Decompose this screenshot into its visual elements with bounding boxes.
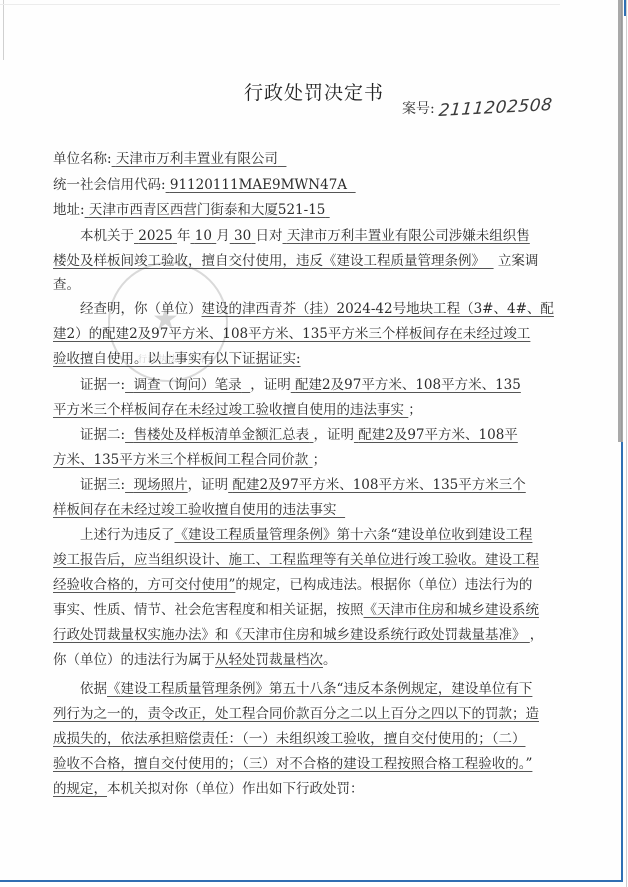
legal-basis-paragraph-line-3: 成损失的，依法承担赔偿责任：（一）未组织竣工验收，擅自交付使用的；（二） xyxy=(53,730,526,748)
findings-paragraph-line-3: 验收擅自使用。以上事实有以下证据证实: xyxy=(53,350,301,368)
evidence-3-line-1: 证据三: 现场照片，证明 配建2及97平方米、108平方米、135平方米三个 xyxy=(53,476,526,494)
violation-paragraph-line-1: 上述行为违反了《建设工程质量管理条例》第十六条“建设单位收到建设工程 xyxy=(53,526,532,544)
evidence-1-label: 证据一: xyxy=(80,377,125,393)
penalty-tier: 从轻处罚裁量档次 xyxy=(215,652,323,668)
filing-month: 10 xyxy=(195,228,212,244)
case-number-value: 2111202508 xyxy=(438,95,554,121)
legal-basis-paragraph-line-1: 依据《建设工程质量管理条例》第五十八条“违反本条例规定，建设单位有下 xyxy=(53,680,532,698)
legal-basis-paragraph-line-2: 列行为之一的，责令改正，处工程合同价款百分之二以上百分之四以下的罚款；造 xyxy=(53,705,539,723)
evidence-2-line-2: 方米、135平方米三个样板间工程合同价款 ； xyxy=(53,451,326,469)
legal-basis-paragraph-line-5: 的规定，本机关拟对你（单位）作出如下行政处罚： xyxy=(53,780,364,798)
frame-bottom-border xyxy=(0,880,623,882)
page-top-edge xyxy=(0,4,560,5)
party-name-value: 天津市万利丰置业有限公司 xyxy=(112,151,287,167)
frame-right-border xyxy=(621,442,623,882)
case-number: 案号: 2111202508 xyxy=(402,98,552,118)
address-label: 地址: xyxy=(53,202,85,218)
violation-paragraph-line-4: 事实、性质、情节、社会危害程度和相关证据，按照《天津市住房和城乡建设系统 xyxy=(53,601,539,619)
evidence-2-label: 证据二: xyxy=(80,427,125,443)
address-row: 地址: 天津市西青区西营门街泰和大厦521-15 xyxy=(53,201,330,219)
credit-code-label: 统一社会信用代码: xyxy=(53,177,166,193)
case-filing-paragraph-line-1: 本机关于 2025 年 10 月 30 日对 天津市万利丰置业有限公司涉嫌未组织… xyxy=(53,227,530,245)
findings-paragraph-line-1: 经查明，你（单位）建设的津西青芥（挂）2024-42号地块工程（3#、4#、配 xyxy=(53,300,554,318)
violation-paragraph-line-2: 竣工报告后，应当组织设计、施工、工程监理等有关单位进行竣工验收。建设工程 xyxy=(53,551,539,569)
legal-basis-paragraph-line-4: 验收不合格，擅自交付使用的；（三）对不合格的建设工程按照合格工程验收的。” xyxy=(53,755,532,773)
findings-paragraph-line-2: 建2）的配建2及97平方米、108平方米、135平方米三个样板间存在未经过竣工 xyxy=(53,325,530,343)
filing-day: 30 xyxy=(234,228,251,244)
document-page: 行政处罚决定书 案号: 2111202508 单位名称: 天津市万利丰置业有限公… xyxy=(0,0,628,887)
evidence-3-label: 证据三: xyxy=(80,477,125,493)
page-left-edge xyxy=(3,0,4,60)
outer-right-edge xyxy=(626,0,627,887)
violation-paragraph-line-6: 你（单位）的违法行为属于从轻处罚裁量档次。 xyxy=(53,651,337,669)
filing-year: 2025 xyxy=(138,228,172,244)
evidence-1-line-2: 平方米三个样板间存在未经过竣工验收擅自使用的违法事实 ； xyxy=(53,401,422,419)
violation-paragraph-line-3: 经验收合格的，方可交付使用”的规定，已构成违法。根据你（单位）违法行为的 xyxy=(53,576,532,594)
scrollbar-divider xyxy=(621,0,622,442)
credit-code-value: 91120111MAE9MWN47A xyxy=(166,177,356,193)
evidence-1-line-1: 证据一: 调查（询问）笔录 ，证明 配建2及97平方米、108平方米、135 xyxy=(53,376,521,394)
party-name-row: 单位名称: 天津市万利丰置业有限公司 xyxy=(53,150,286,168)
case-filing-paragraph-line-3: 查。 xyxy=(53,276,80,294)
address-value: 天津市西青区西营门街泰和大厦521-15 xyxy=(85,202,330,218)
violation-paragraph-line-5: 行政处罚裁量权实施办法》和《天津市住房和城乡建设系统行政处罚裁量基准》 ， xyxy=(53,626,543,644)
case-number-label: 案号: xyxy=(402,101,435,117)
evidence-2-line-1: 证据二: 售楼处及样板清单金额汇总表 ，证明 配建2及97平方米、108平 xyxy=(53,426,518,444)
evidence-3-line-2: 样板间存在未经过竣工验收擅自使用的违法事实 xyxy=(53,501,345,519)
credit-code-row: 统一社会信用代码: 91120111MAE9MWN47A xyxy=(53,176,356,194)
party-name-label: 单位名称: xyxy=(53,151,112,167)
case-filing-paragraph-line-2: 楼处及样板间竣工验收，擅自交付使用，违反《建设工程质量管理条例》 立案调 xyxy=(53,252,538,270)
